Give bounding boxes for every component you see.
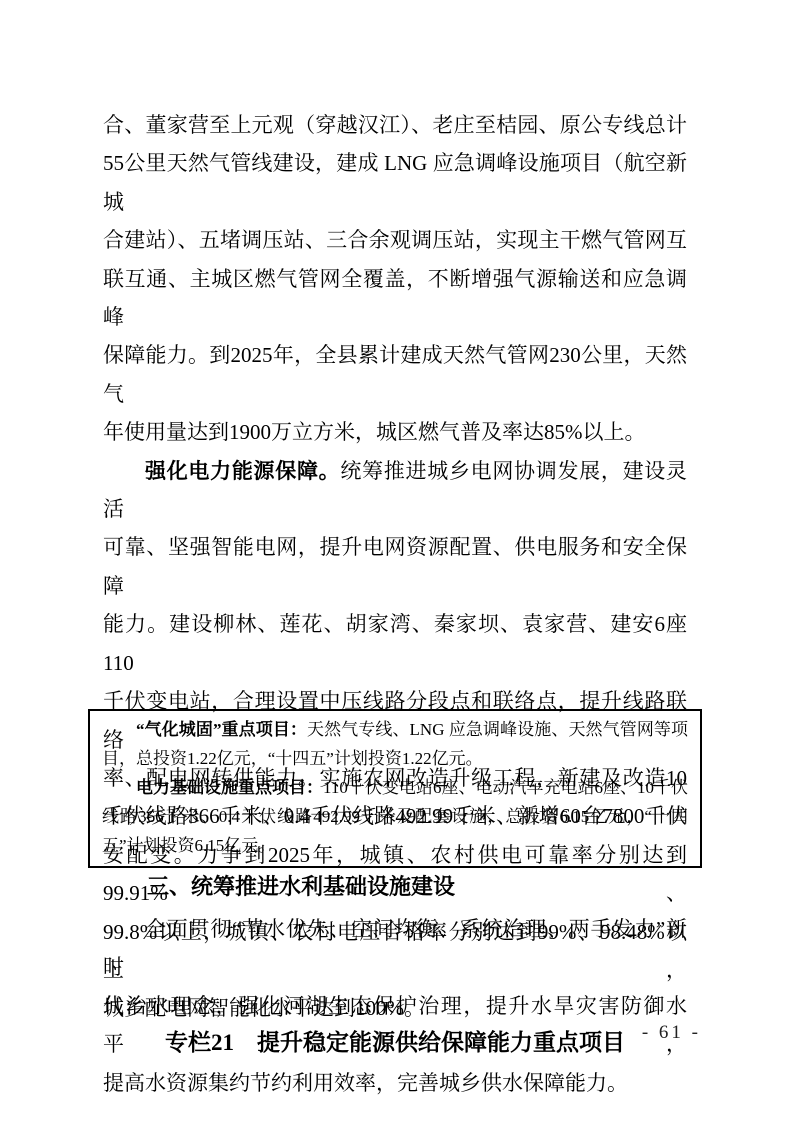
box-item-power-infra: 电力基础设施重点项目：110千伏变电站6座、电动汽车充电站6座、10千伏线路36…: [102, 773, 688, 860]
box-item-gasification: “气化城固”重点项目：天然气专线、LNG 应急调峰设施、天然气管网等项目，总投资…: [102, 715, 688, 773]
box-item-lead: 电力基础设施重点项目：: [136, 778, 323, 797]
text-line: 全面贯彻“节水优先、空间均衡、系统治理、两手发力”新时: [103, 910, 687, 987]
page: 合、董家营至上元观（穿越汉江）、老庄至桔园、原公专线总计 55公里天然气管线建设…: [0, 0, 793, 1122]
text-line: 55公里天然气管线建设，建成 LNG 应急调峰设施项目（航空新城: [103, 144, 687, 221]
text-line: 联互通、主城区燃气管网全覆盖，不断增强气源输送和应急调峰: [103, 260, 687, 337]
water-infrastructure-section: 三、统筹推进水利基础设施建设 全面贯彻“节水优先、空间均衡、系统治理、两手发力”…: [103, 872, 687, 1102]
text-line: 合、董家营至上元观（穿越汉江）、老庄至桔园、原公专线总计: [103, 106, 687, 144]
box-item-lead: “气化城固”重点项目：: [136, 720, 307, 739]
text-line: 可靠、坚强智能电网，提升电网资源配置、供电服务和安全保障: [103, 528, 687, 605]
text-line: 年使用量达到1900万立方米，城区燃气普及率达85%以上。: [103, 413, 687, 451]
document-content: 合、董家营至上元观（穿越汉江）、老庄至桔园、原公专线总计 55公里天然气管线建设…: [103, 106, 687, 1056]
text-line: 能力。建设柳林、莲花、胡家湾、秦家坝、袁家营、建安6座110: [103, 605, 687, 682]
text-line: 保障能力。到2025年，全县累计建成天然气管网230公里，天然气: [103, 336, 687, 413]
text-line: 代治水理念，强化河湖生态保护治理，提升水旱灾害防御水平，: [103, 987, 687, 1064]
column-21-box: “气化城固”重点项目：天然气专线、LNG 应急调峰设施、天然气管网等项目，总投资…: [88, 709, 702, 868]
text-line: 合建站）、五堵调压站、三合余观调压站，实现主干燃气管网互: [103, 221, 687, 259]
text-line: 强化电力能源保障。统筹推进城乡电网协调发展，建设灵活: [103, 452, 687, 529]
page-number: - 61 -: [642, 1022, 701, 1044]
text-line: 提高水资源集约节约利用效率，完善城乡供水保障能力。: [103, 1064, 687, 1102]
section-heading-water: 三、统筹推进水利基础设施建设: [103, 872, 687, 902]
power-lead-bold: 强化电力能源保障。: [145, 459, 340, 483]
paragraph-gas-network: 合、董家营至上元观（穿越汉江）、老庄至桔园、原公专线总计 55公里天然气管线建设…: [103, 106, 687, 452]
